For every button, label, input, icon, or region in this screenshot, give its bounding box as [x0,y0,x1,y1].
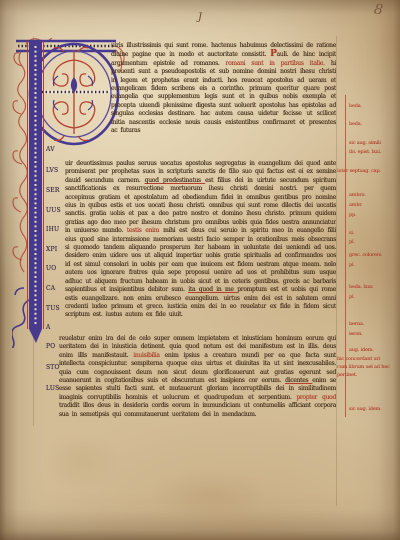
margin-note: pl. [349,262,399,268]
text-run: hi preuenti sunt a pseudoapostolis et su… [111,60,336,134]
margin-note: pl. [349,294,399,300]
text-run: dicentes [285,377,312,384]
text-run: tradidit illos deus in desideria cordis … [59,402,336,417]
margin-note: ambr. [349,202,399,208]
margin-note: inter septuag. cap. [337,168,399,174]
margin-note: aug. idem. [349,347,399,353]
margin-note: ibi. epist. lxxi. [349,149,399,155]
text-run: propter quod [296,394,336,401]
margin-note: ambro. [349,192,399,198]
text-run: ita quod in me [188,286,237,293]
margin-note: grec. colorem [349,252,399,258]
margin-rule [345,95,346,417]
margin-note: sic aug. idem. [349,406,399,412]
manuscript-page: J 8 [0,0,400,540]
margin-note: si. [349,230,399,236]
text-run: testis enim [127,227,163,234]
margin-note: hic concordant uri [337,356,399,362]
margin-note: pertinet. [337,372,399,378]
margin-note: sic aug. simili [349,140,399,146]
text-section-beside-initial: uiris illustrissimis qui sunt rome. hact… [111,42,336,160]
parchment-stain [340,200,400,340]
margin-note: beda. [349,103,399,109]
margin-note: beda. lxxx [349,284,399,290]
text-run: inuisibilia [133,352,164,359]
ruling-line [336,36,337,506]
margin-note: cum librum uel ad hec [337,364,399,370]
text-section-bottom: reuelatur enim ira dei de celo super omn… [59,335,336,418]
text-run: romani sunt in partibus italie. [226,60,331,67]
quire-mark: J [198,12,202,23]
margin-note: beda. [349,121,399,127]
margin-note: pl. [349,239,399,245]
text-run: quod predestinatus [145,177,205,184]
text-run: est filius dei in uirtute secundum spiri… [65,177,336,234]
margin-note: ieron. [349,331,399,337]
margin-note: pp. [349,212,399,218]
text-run: mihi est deus cui seruio in spiritu meo … [65,227,336,293]
body-text: uiris illustrissimis qui sunt rome. hact… [35,42,336,418]
text-section-middle: uir deuotissimus paulus seruus uocatus a… [65,160,336,335]
folio-number: 8 [373,1,384,18]
parchment-stain [150,470,270,520]
margin-note: berna. [349,321,399,327]
